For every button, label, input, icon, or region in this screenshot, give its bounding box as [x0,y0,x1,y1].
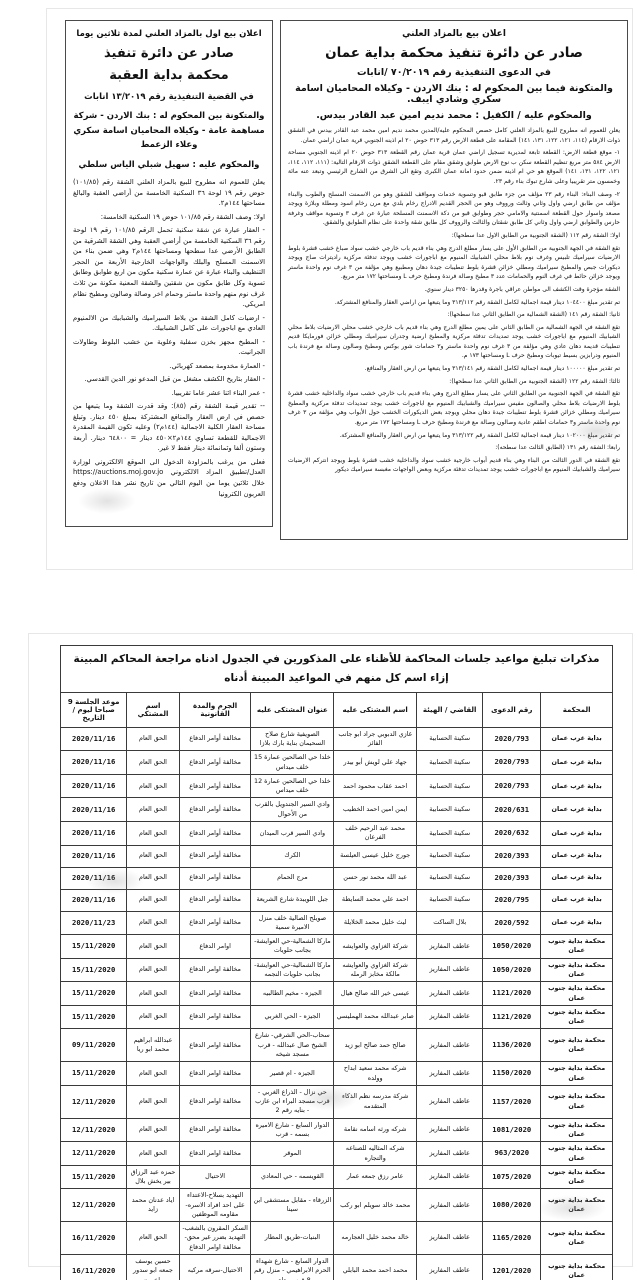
cell-session-date: 15/11/2020 [61,1165,127,1189]
cell-court: محكمة بداية جنوب عمان [541,1118,613,1142]
cell-offense: التهديد بسلاح-الاعتداء على احد افراد الا… [179,1189,251,1222]
cell-offense: مخالفة اوامر الدفاع [179,1118,251,1142]
cell-offense: مخالفة أوامر الدفاع [179,845,251,867]
cell-court: محكمة بداية جنوب عمان [541,1062,613,1086]
cell-session-date: 15/11/2020 [61,982,127,1006]
cell-court: محكمة بداية جنوب عمان [541,1029,613,1062]
cell-court: بداية غرب عمان [541,867,613,889]
cell-offense: مخالفة اوامر الدفاع [179,1029,251,1062]
court-sessions-section: مذكرات تبليغ مواعيد جلسات المحاكمة للأظن… [60,645,613,1280]
cell-defendant-address: الموقر [251,1142,334,1166]
cell-defendant-name: عبد الله محمد نور حسن [334,867,417,889]
cell-court: محكمة بداية جنوب عمان [541,1189,613,1222]
table-row: محكمة بداية جنوب عمان 1080/2020 عاطف الم… [61,1189,613,1222]
cell-defendant-name: خالد محمد خليل العجارمه [334,1222,417,1255]
notice-paragraph: ٢- وصف البناء: البناء رقم ٢٣ مؤلف من جزء… [288,190,620,228]
notice-paragraph: الشقة مؤجرة وقت الكشف الى مواطن عراقي با… [288,285,620,295]
notice-paragraph: يعلن للعموم انه مطروح للبيع بالمزاد العل… [288,126,620,145]
cell-defendant-name: شركة الغزاوي والعوايشه مالكة مخابز الرمل… [334,958,417,982]
cell-complainant: حسين يوسف جمعه ابو سدور واخرون [127,1255,179,1280]
cell-session-date: 2020/11/16 [61,774,127,798]
cell-offense: الاحتيال [179,1165,251,1189]
cell-case-number: 1165/2020 [483,1222,541,1255]
cell-complainant: الحق العام [127,867,179,889]
column-header: اسم المشتكي [127,692,179,727]
cell-defendant-name: شركة مدرسه نظم الذكاء المتقدمه [334,1085,417,1118]
cell-session-date: 16/11/2020 [61,1222,127,1255]
cell-session-date: 15/11/2020 [61,1005,127,1029]
cell-complainant: عبدالله ابراهيم محمد ابو ريا [127,1029,179,1062]
cell-defendant-name: صالح حمد صالح ابو زيد [334,1029,417,1062]
cell-defendant-address: الدوار السابع - شارع الاميره بسمه - قرب [251,1118,334,1142]
cell-complainant: حمزه عبد الرزاق بير يخش بلال [127,1165,179,1189]
cell-defendant-name: جورج خليل عيسى العيلسة [334,845,417,867]
table-row: محكمة بداية جنوب عمان 1121/2020 عاطف الم… [61,1005,613,1029]
cell-court: محكمة بداية جنوب عمان [541,982,613,1006]
legal-notices-page: اعلان بيع بالمزاد العلني صادر عن دائرة ت… [0,0,637,1280]
cell-complainant: الحق العام [127,1085,179,1118]
cell-court: محكمة بداية جنوب عمان [541,1165,613,1189]
cell-defendant-name: ايمن امين احمد الخطيب [334,798,417,822]
cell-complainant: الحق العام [127,751,179,775]
cell-judge: عاطف المفاريز [417,1189,483,1222]
cell-judge: عاطف المفاريز [417,1118,483,1142]
cell-judge: عاطف المفاريز [417,1062,483,1086]
cell-offense: مخالفة أوامر الدفاع [179,751,251,775]
cell-case-number: 2020/632 [483,822,541,846]
notice-paragraph: ثانيا: الشقة رقم ١٤١ (الشقة الشمالية من … [288,310,620,320]
notice-paragraph: - عمر البناء اثنا عشر عاما تقريبيا. [73,388,265,399]
cell-session-date: 2020/11/16 [61,845,127,867]
notice-paragraph: تقع الشقة في الجهة الجنوبية من الطابق ال… [288,244,620,282]
cell-complainant: الحق العام [127,1142,179,1166]
cell-defendant-address: الجيزه - ام قصير [251,1062,334,1086]
cell-offense: الاحتيال-سرقه مركبه [179,1255,251,1280]
cell-complainant: الحق العام [127,1005,179,1029]
cell-defendant-address: الصويفية شارع صلاح السحيمان بناية بارك ب… [251,727,334,751]
cell-defendant-address: ماركا الشمالية-حي العوايشة-بجانب حلويات … [251,958,334,982]
cell-case-number: 1050/2020 [483,958,541,982]
cell-session-date: 15/11/2020 [61,958,127,982]
cell-session-date: 2020/11/16 [61,727,127,751]
cell-offense: مخالفة أوامر الدفاع [179,889,251,911]
table-row: بداية غرب عمان 2020/393 سكينة الحسابية ع… [61,867,613,889]
table-row: محكمة بداية جنوب عمان 1081/2020 عاطف الم… [61,1118,613,1142]
cell-session-date: 15/11/2020 [61,1062,127,1086]
cell-defendant-address: الدوار السابع - شارع شهداء الحرم الابراه… [251,1255,334,1280]
cell-defendant-address: صويلح الصالية خلف منزل الاميرة سمية [251,911,334,935]
column-header: عنوان المشتكى عليه [251,692,334,727]
notice-paragraph: اولا: وصف الشقة رقم ١٠١/٨٥ حوض ١٩ السكني… [73,212,265,223]
table-row: بداية غرب عمان 2020/793 سكينة الحسابية غ… [61,727,613,751]
cell-defendant-name: احمد عقاب محمود احمد [334,774,417,798]
column-header: الجرم والمدة القانونية [179,692,251,727]
table-header-row: المحكمةرقم الدعوىالقاضي / الهيئةاسم المش… [61,692,613,727]
notice-paragraph: تقع الشقة في الجهة الجنوبية من الطابق ال… [288,389,620,427]
cell-defendant-address: سحاب-الحي الشرقي- شارع الشيخ صال عبدالله… [251,1029,334,1062]
cell-offense: مخالفة أوامر الدفاع [179,867,251,889]
cell-defendant-name: محمد عبد الرحيم خلف الفرعان [334,822,417,846]
cell-court: محكمة بداية جنوب عمان [541,1085,613,1118]
cell-offense: مخالفة أوامر الدفاع [179,774,251,798]
cell-defendant-address: ماركا الشمالية-حي العوايشة-بجانب حلويات [251,935,334,959]
cell-defendant-address: مرج الحمام [251,867,334,889]
notice-paragraph: تم تقدير مبلغ ١٠٠٠٠٠ دينار قيمة اجمالية … [288,364,620,374]
cell-court: محكمة بداية جنوب عمان [541,1142,613,1166]
cell-complainant: الحق العام [127,822,179,846]
notice-paragraph: - المطبخ مجهز بخزن سفلية وعلوية من خشب ا… [73,337,265,358]
cell-session-date: 15/11/2020 [61,935,127,959]
cell-judge: سكينة الحسابية [417,845,483,867]
cell-defendant-name: شركه ورثه اسامه نقامة [334,1118,417,1142]
cell-case-number: 1150/2020 [483,1062,541,1086]
cell-court: بداية غرب عمان [541,727,613,751]
cell-court: بداية غرب عمان [541,798,613,822]
cell-complainant: الحق العام [127,774,179,798]
cell-offense: مخالفة اوامر الدفاع [179,982,251,1006]
judgment-debtor-line: والمحكوم عليه / الكفيل : محمد نديم امين … [288,110,620,121]
cell-court: محكمة بداية جنوب عمان [541,958,613,982]
notice-paragraph: تم تقدير مبلغ ١٠٤٤٠٠ دينار قيمة اجمالية … [288,298,620,308]
cell-defendant-address: وادي السير الجندويل بالقرب من الأحوال [251,798,334,822]
issuing-court: صادر عن دائرة تنفيذ محكمة بداية عمان [288,45,620,61]
cell-complainant: الحق العام [127,935,179,959]
cell-defendant-name: صابر عبدالله محمد الهمليسي [334,1005,417,1029]
table-row: محكمة بداية جنوب عمان 1150/2020 عاطف الم… [61,1062,613,1086]
cell-session-date: 09/11/2020 [61,1029,127,1062]
cell-court: بداية غرب عمان [541,845,613,867]
notice-body: يعلن للعموم انه مطروح للبيع بالمزاد العل… [288,126,620,475]
cell-case-number: 2020/631 [483,798,541,822]
notice-paragraph: - العقار عبارة عن شقة سكنية تحمل الرقم ١… [73,225,265,309]
cell-court: محكمة بداية جنوب عمان [541,1222,613,1255]
cell-offense: مخالفة اوامر الدفاع [179,1062,251,1086]
notice-paragraph: - العمارة مخدومة بمصعد كهربائي. [73,361,265,372]
cell-complainant: الحق العام [127,1222,179,1255]
cell-court: بداية غرب عمان [541,751,613,775]
table-row: محكمة بداية جنوب عمان 1136/2020 عاطف الم… [61,1029,613,1062]
notice-paragraph: ١- موقع قطعة الارض: القطعة تابعة لمديرية… [288,148,620,186]
cell-judge: سكينة الحسابية [417,751,483,775]
cell-case-number: 2020/793 [483,751,541,775]
cell-judge: سكينة الحسابية [417,798,483,822]
cell-session-date: 2020/11/16 [61,751,127,775]
cell-complainant: الحق العام [127,911,179,935]
cell-case-number: 1050/2020 [483,935,541,959]
cell-court: محكمة بداية جنوب عمان [541,1255,613,1280]
cell-defendant-name: ليث خليل محمد الخلايلة [334,911,417,935]
cell-judge: عاطف المفاريز [417,1085,483,1118]
cell-session-date: 12/11/2020 [61,1189,127,1222]
cell-case-number: 2020/592 [483,911,541,935]
cell-complainant: الحق العام [127,845,179,867]
judgment-debtor-line: والمحكوم عليه : سهيل شبلي الياس سلطي [73,158,265,172]
cell-defendant-name: شركه محمد سعيد ابداح وولده [334,1062,417,1086]
notice-title: اعلان بيع اول بالمزاد العلني لمدة ثلاثين… [73,29,265,39]
cell-judge: عاطف المفاريز [417,1142,483,1166]
cell-defendant-name: جهاد علي لويش أبو بيدر [334,751,417,775]
cell-session-date: 2020/11/23 [61,911,127,935]
column-header: موعد الجلسة 9 صباحا ليوم / التاريخ [61,692,127,727]
notice-paragraph: -- تقدير قيمة الشقة رقم (٨٥): وقد قدرت ا… [73,401,265,454]
cell-defendant-address: الجيزه - الحي الغربي [251,1005,334,1029]
cell-offense: مخالفة اوامر الدفاع [179,958,251,982]
cell-judge: عاطف المفاريز [417,1222,483,1255]
table-row: محكمة بداية جنوب عمان 963/2020 عاطف المف… [61,1142,613,1166]
court-sessions-table: المحكمةرقم الدعوىالقاضي / الهيئةاسم المش… [60,692,613,1280]
notice-paragraph: - العقار بتاريخ الكشف مشغل من قبل المدعو… [73,374,265,385]
cell-offense: مخالفة أوامر الدفاع [179,911,251,935]
cell-defendant-address: البنيات-طريق المطار [251,1222,334,1255]
cell-case-number: 2020/793 [483,727,541,751]
table-row: بداية غرب عمان 2020/793 سكينة الحسابية ا… [61,774,613,798]
table-row: محكمة بداية جنوب عمان 1165/2020 عاطف الم… [61,1222,613,1255]
cell-session-date: 12/11/2020 [61,1142,127,1166]
cell-complainant: الحق العام [127,889,179,911]
cell-case-number: 1201/2020 [483,1255,541,1280]
cell-offense: مخالفة أوامر الدفاع [179,822,251,846]
table-row: بداية غرب عمان 2020/793 سكينة الحسابية ج… [61,751,613,775]
table-title: مذكرات تبليغ مواعيد جلسات المحاكمة للأظن… [60,645,613,692]
table-row: محكمة بداية جنوب عمان 1121/2020 عاطف الم… [61,982,613,1006]
cell-case-number: 2020/793 [483,774,541,798]
cell-judge: عاطف المفاريز [417,1165,483,1189]
cell-defendant-address: الزرقاء - مقابل مستشفى ابن سينا [251,1189,334,1222]
cell-offense: اوامر الدفاع [179,935,251,959]
cell-case-number: 1121/2020 [483,1005,541,1029]
amman-auction-notice: اعلان بيع بالمزاد العلني صادر عن دائرة ت… [280,20,628,540]
cell-defendant-name: شركه المثاليه للصناعه والتجاره [334,1142,417,1166]
cell-case-number: 1080/2020 [483,1189,541,1222]
table-row: محكمة بداية جنوب عمان 1050/2020 عاطف الم… [61,935,613,959]
cell-judge: عاطف المفاريز [417,1255,483,1280]
notice-paragraph: - ارضيات كامل الشقة من بلاط السيراميك وا… [73,313,265,334]
cell-offense: مخالفة اوامر الدفاع [179,1142,251,1166]
cell-session-date: 12/11/2020 [61,1118,127,1142]
cell-session-date: 2020/11/16 [61,889,127,911]
cell-case-number: 1121/2020 [483,982,541,1006]
table-row: بداية غرب عمان 2020/795 سكينة الحسابية ا… [61,889,613,911]
notice-paragraph: يعلن للعموم انه مطروح للبيع بالمزاد العل… [73,177,265,209]
notice-paragraph: تقع الشقة في الدور الثالث من البناء وهي … [288,456,620,475]
case-number-line: في الدعوى التنفيذية رقم ٧٠/٢٠١٩ /انابات [288,67,620,78]
notice-paragraph: تم تقدير مبلغ ١٠٢٠٠٠ دينار قيمة اجمالية … [288,431,620,441]
column-header: القاضي / الهيئة [417,692,483,727]
cell-offense: مخالفة أوامر الدفاع [179,798,251,822]
cell-complainant: الحق العام [127,1062,179,1086]
cell-judge: سكينة الحسابية [417,822,483,846]
cell-judge: عاطف المفاريز [417,935,483,959]
aqaba-auction-notice: اعلان بيع اول بالمزاد العلني لمدة ثلاثين… [65,20,273,527]
cell-defendant-name: عيسى خير الله صالح هيال [334,982,417,1006]
cell-case-number: 2020/393 [483,845,541,867]
cell-complainant: الحق العام [127,958,179,982]
cell-offense: السكر المقرون بالشغب-التهديد بضرر غير مح… [179,1222,251,1255]
cell-court: بداية غرب عمان [541,911,613,935]
cell-case-number: 1136/2020 [483,1029,541,1062]
issuing-department: صادر عن دائرة تنفيذ [73,46,265,61]
cell-judge: سكينة الحسابية [417,889,483,911]
cell-judge: سكينة الحسابية [417,774,483,798]
cell-defendant-address: خلدا حي الصالحين عمارة 15 خلف ميداس [251,751,334,775]
table-row: بداية غرب عمان 2020/631 سكينة الحسابية ا… [61,798,613,822]
cell-defendant-name: شركة الغزاوي والعوايشه [334,935,417,959]
cell-complainant: الحق العام [127,798,179,822]
judgment-creditor-line: والمتكونة بين المحكوم له : بنك الاردن - … [73,109,265,152]
notice-paragraph: فعلى من يرغب بالمزاودة الدخول الى الموقع… [73,457,265,499]
table-row: محكمة بداية جنوب عمان 1201/2020 عاطف الم… [61,1255,613,1280]
cell-case-number: 2020/795 [483,889,541,911]
cell-session-date: 2020/11/16 [61,798,127,822]
notice-title: اعلان بيع بالمزاد العلني [288,29,620,39]
notice-paragraph: رابعا: الشقة رقم ١٣١ (الطابق الثالث عدا … [288,443,620,453]
cell-defendant-name: محمد خالد سويلم ابو ركب [334,1189,417,1222]
cell-complainant: الحق العام [127,982,179,1006]
judgment-creditor-line: والمتكونة فيما بين المحكوم له : بنك الار… [288,83,620,105]
cell-session-date: 16/11/2020 [61,1255,127,1280]
cell-case-number: 1157/2020 [483,1085,541,1118]
cell-defendant-address: جبل اللويبدة شارع الشريعة [251,889,334,911]
column-header: رقم الدعوى [483,692,541,727]
cell-judge: عاطف المفاريز [417,1029,483,1062]
cell-case-number: 1075/2020 [483,1165,541,1189]
cell-offense: مخالفة اوامر الدفاع [179,1005,251,1029]
cell-defendant-name: عامر رزق جمعه عمار [334,1165,417,1189]
cell-court: محكمة بداية جنوب عمان [541,1005,613,1029]
cell-judge: عاطف المفاريز [417,982,483,1006]
cell-judge: بلال الساكت [417,911,483,935]
cell-defendant-name: احمد علي محمد السايطة [334,889,417,911]
column-header: المحكمة [541,692,613,727]
cell-complainant: الحق العام [127,1118,179,1142]
cell-case-number: 2020/393 [483,867,541,889]
table-row: بداية غرب عمان 2020/592 بلال الساكت ليث … [61,911,613,935]
case-number-line: في القضية التنفيذية رقم ١٣/٢٠١٩ انابات [73,90,265,104]
cell-case-number: 1081/2020 [483,1118,541,1142]
cell-defendant-address: الكرك [251,845,334,867]
issuing-court: محكمة بداية العقبة [73,68,265,83]
cell-defendant-address: حي نزال - الذراع الغربي - قرب مسجد البرا… [251,1085,334,1118]
notice-paragraph: اولا: الشقة رقم ١١٢ (الشقة الجنوبية من ا… [288,231,620,241]
cell-defendant-address: وادي السير قرب الميدان [251,822,334,846]
notice-paragraph: تقع الشقة في الجهة الشمالية من الطابق ال… [288,323,620,361]
cell-complainant: اياد عدنان محمد زايد [127,1189,179,1222]
cell-judge: سكينة الحسابية [417,727,483,751]
table-row: بداية غرب عمان 2020/393 سكينة الحسابية ج… [61,845,613,867]
table-row: محكمة بداية جنوب عمان 1075/2020 عاطف الم… [61,1165,613,1189]
table-row: بداية غرب عمان 2020/632 سكينة الحسابية م… [61,822,613,846]
cell-defendant-name: محمد احمد محمد البابلي [334,1255,417,1280]
table-row: محكمة بداية جنوب عمان 1157/2020 عاطف الم… [61,1085,613,1118]
cell-complainant: الحق العام [127,727,179,751]
cell-judge: عاطف المفاريز [417,958,483,982]
cell-judge: عاطف المفاريز [417,1005,483,1029]
column-header: اسم المشتكى عليه [334,692,417,727]
cell-session-date: 2020/11/16 [61,867,127,889]
cell-court: بداية غرب عمان [541,822,613,846]
cell-defendant-address: القويسمه - حي المعادي [251,1165,334,1189]
cell-session-date: 12/11/2020 [61,1085,127,1118]
cell-court: بداية غرب عمان [541,889,613,911]
table-row: محكمة بداية جنوب عمان 1050/2020 عاطف الم… [61,958,613,982]
cell-offense: مخالفة أوامر الدفاع [179,727,251,751]
notice-body: يعلن للعموم انه مطروح للبيع بالمزاد العل… [73,177,265,499]
table-body: بداية غرب عمان 2020/793 سكينة الحسابية غ… [61,727,613,1280]
cell-session-date: 2020/11/16 [61,822,127,846]
cell-judge: سكينة الحسابية [417,867,483,889]
cell-court: محكمة بداية جنوب عمان [541,935,613,959]
cell-defendant-address: خلدا حي الصالحين عمارة 12 خلف ميداس [251,774,334,798]
cell-court: بداية غرب عمان [541,774,613,798]
cell-offense: مخالفة اوامر الدفاع [179,1085,251,1118]
cell-defendant-name: غازي الدبوبي جراد ابو جانب الفائز [334,727,417,751]
cell-case-number: 963/2020 [483,1142,541,1166]
notice-paragraph: ثالثا: الشقة رقم ١٢٢ (الشقة الجنوبية من … [288,377,620,387]
cell-defendant-address: الجيزه - مخيم الطالبيه [251,982,334,1006]
